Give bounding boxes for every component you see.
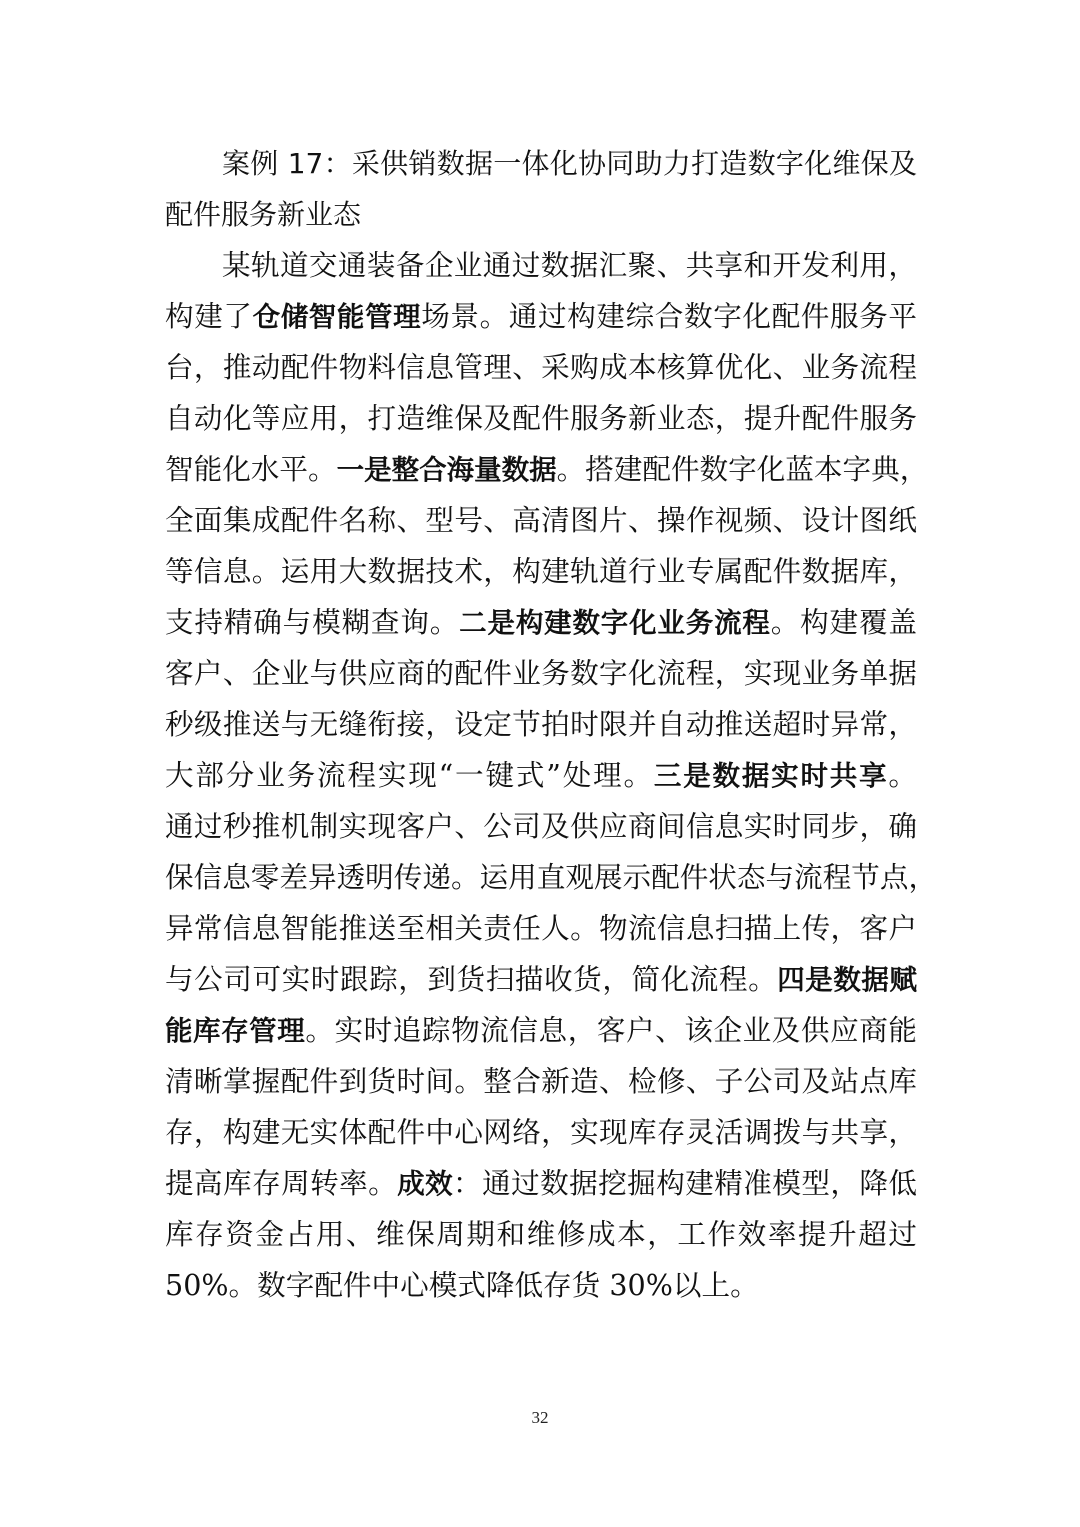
body-line: 全面集成配件名称、型号、高清图片、操作视频、设计图纸: [165, 495, 917, 546]
body-text: 。实时追踪物流信息，客户、该企业及供应商能: [305, 1013, 917, 1047]
body-line: 秒级推送与无缝衔接，设定节拍时限并自动推送超时异常，: [165, 699, 917, 750]
bold-heading-text: 能库存管理: [165, 1015, 305, 1047]
body-line: 提高库存周转率。成效：通过数据挖掘构建精准模型，降低: [165, 1158, 917, 1209]
body-line: 与公司可实时跟踪，到货扫描收货，简化流程。四是数据赋: [165, 954, 917, 1005]
body-line: 清晰掌握配件到货时间。整合新造、检修、子公司及站点库: [165, 1056, 917, 1107]
body-line: 能库存管理。实时追踪物流信息，客户、该企业及供应商能: [165, 1005, 917, 1056]
body-line: 台，推动配件物料信息管理、采购成本核算优化、业务流程: [165, 342, 917, 393]
body-paragraph: 某轨道交通装备企业通过数据汇聚、共享和开发利用，构建了仓储智能管理场景。通过构建…: [165, 240, 917, 1311]
body-line: 异常信息智能推送至相关责任人。物流信息扫描上传，客户: [165, 903, 917, 954]
body-text: 构建了: [165, 299, 253, 333]
body-text: 某轨道交通装备企业通过数据汇聚、共享和开发利用，: [222, 248, 917, 282]
body-text: 智能化水平。: [165, 452, 337, 486]
body-text: 清晰掌握配件到货时间。整合新造、检修、子公司及站点库: [165, 1064, 917, 1098]
body-line: 某轨道交通装备企业通过数据汇聚、共享和开发利用，: [165, 240, 917, 291]
body-text: 全面集成配件名称、型号、高清图片、操作视频、设计图纸: [165, 503, 917, 537]
body-line: 库存资金占用、维保周期和维修成本，工作效率提升超过: [165, 1209, 917, 1260]
bold-heading-text: 四是数据赋: [777, 964, 917, 996]
body-line: 等信息。运用大数据技术，构建轨道行业专属配件数据库，: [165, 546, 917, 597]
bold-heading-text: 三是数据实时共享: [654, 760, 888, 792]
body-text: 通过秒推机制实现客户、公司及供应商间信息实时同步，确: [165, 809, 917, 843]
body-line: 支持精确与模糊查询。二是构建数字化业务流程。构建覆盖: [165, 597, 917, 648]
body-line: 通过秒推机制实现客户、公司及供应商间信息实时同步，确: [165, 801, 917, 852]
bold-heading-text: 成效: [397, 1168, 453, 1200]
body-line: 50%。数字配件中心模式降低存货 30%以上。: [165, 1260, 917, 1311]
body-text: 。: [888, 758, 917, 792]
body-text: 场景。通过构建综合数字化配件服务平: [421, 299, 917, 333]
bold-heading-text: 仓储智能管理: [253, 301, 422, 333]
body-text: 库存资金占用、维保周期和维修成本，工作效率提升超过: [165, 1217, 917, 1251]
body-text: 秒级推送与无缝衔接，设定节拍时限并自动推送超时异常，: [165, 707, 917, 741]
body-line: 大部分业务流程实现“一键式”处理。三是数据实时共享。: [165, 750, 917, 801]
body-text: 。搭建配件数字化蓝本字典，: [557, 452, 929, 486]
document-page: 案例 17：采供销数据一体化协同助力打造数字化维保及 配件服务新业态 某轨道交通…: [165, 138, 917, 1311]
case-title-line-2: 配件服务新业态: [165, 189, 917, 240]
body-text: 存，构建无实体配件中心网络，实现库存灵活调拨与共享，: [165, 1115, 917, 1149]
body-line: 保信息零差异透明传递。运用直观展示配件状态与流程节点，: [165, 852, 917, 903]
body-text: 50%。数字配件中心模式降低存货 30%以上。: [165, 1268, 759, 1302]
bold-heading-text: 一是整合海量数据: [337, 454, 557, 486]
body-text: 台，推动配件物料信息管理、采购成本核算优化、业务流程: [165, 350, 917, 384]
body-text: 保信息零差异透明传递。运用直观展示配件状态与流程节点，: [165, 860, 937, 894]
body-text: 。构建覆盖: [771, 605, 917, 639]
body-text: 大部分业务流程实现“一键式”处理。: [165, 758, 654, 792]
body-text: 客户、企业与供应商的配件业务数字化流程，实现业务单据: [165, 656, 917, 690]
body-text: ：通过数据挖掘构建精准模型，降低: [453, 1166, 917, 1200]
body-text: 等信息。运用大数据技术，构建轨道行业专属配件数据库，: [165, 554, 917, 588]
body-line: 自动化等应用，打造维保及配件服务新业态，提升配件服务: [165, 393, 917, 444]
body-text: 自动化等应用，打造维保及配件服务新业态，提升配件服务: [165, 401, 917, 435]
body-text: 提高库存周转率。: [165, 1166, 397, 1200]
body-line: 构建了仓储智能管理场景。通过构建综合数字化配件服务平: [165, 291, 917, 342]
page-number: 32: [0, 1408, 1080, 1428]
body-text: 支持精确与模糊查询。: [165, 605, 459, 639]
case-title-line-1: 案例 17：采供销数据一体化协同助力打造数字化维保及: [165, 138, 917, 189]
body-line: 存，构建无实体配件中心网络，实现库存灵活调拨与共享，: [165, 1107, 917, 1158]
body-line: 智能化水平。一是整合海量数据。搭建配件数字化蓝本字典，: [165, 444, 917, 495]
body-text: 与公司可实时跟踪，到货扫描收货，简化流程。: [165, 962, 777, 996]
bold-heading-text: 二是构建数字化业务流程: [459, 607, 771, 639]
body-line: 客户、企业与供应商的配件业务数字化流程，实现业务单据: [165, 648, 917, 699]
body-text: 异常信息智能推送至相关责任人。物流信息扫描上传，客户: [165, 911, 917, 945]
